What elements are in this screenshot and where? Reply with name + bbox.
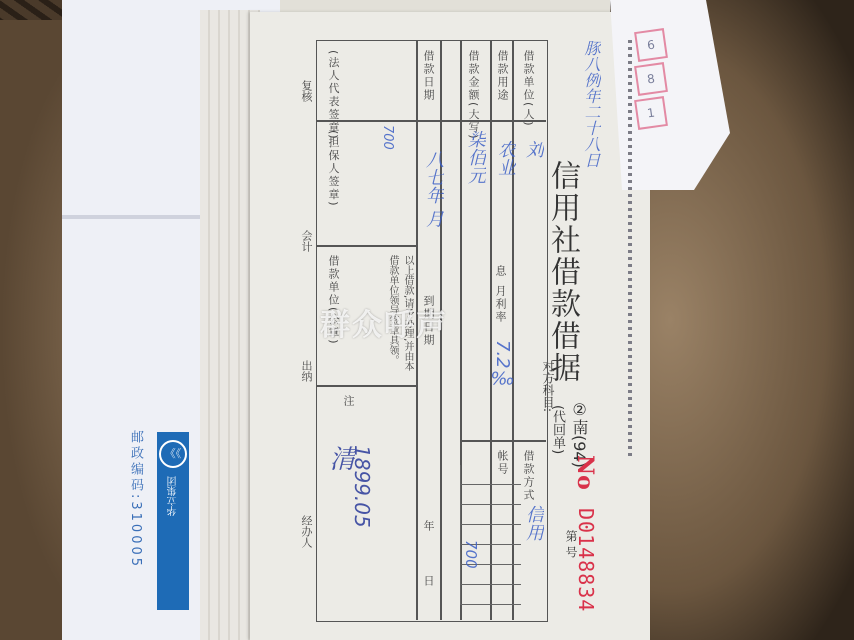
handwritten-amount-figure: 700 [462,540,480,569]
label-accountant: 会计 [298,230,314,252]
table-divider [460,440,546,442]
table-divider [316,385,416,387]
label-monthly-rate: 月利率 [492,285,508,324]
label-cashier: 出纳 [298,360,314,382]
envelope-logo: 《《 华立集团 [157,432,189,610]
label-interest: 息 [492,265,508,278]
label-remark: 注 [340,395,356,408]
label-day: 日 [420,575,436,588]
label-year: 年 [420,520,436,533]
envelope-postcode: 邮政编码:310005 [126,430,145,569]
receipt-subtitle: (代回单) [548,405,567,454]
handwritten-date: 八七年 月 [420,150,446,228]
amount-digit-cells [460,465,521,605]
logo-icon: 《《 [159,440,187,468]
envelope-fold [62,215,222,219]
label-reviewer: 复核 [298,80,314,102]
label-loan-purpose: 借款用途 [494,50,510,102]
watermark: 群众呼声 [320,300,448,344]
copy-marker: ② [570,400,589,419]
stamp-box: 8 [634,62,668,96]
label-loan-date: 借款日期 [420,50,436,102]
handwritten-borrower: 刘 [520,140,546,158]
stamp-box: 6 [634,28,668,62]
label-guarantor-sign: (担保人签章) [325,130,341,208]
perforation-line [628,40,632,460]
book-number-label: 第 号 [564,530,578,558]
label-borrower: 借款单位(人) [520,50,536,128]
handwritten-signature: 清 [322,445,359,471]
handwritten-loan-method: 信用 [520,505,546,541]
serial-number-label: No [572,455,598,490]
label-amount-caps: 借款金额(大写) [465,50,481,141]
label-loan-method: 借款方式 [520,450,536,502]
handwritten-figure-note: 700 [380,125,395,150]
stamp-box: 1 [634,96,668,130]
table-divider [316,245,416,247]
label-account-no: 帐号 [494,450,510,476]
handwritten-amount: 柒佰元 [462,130,488,184]
handwritten-purpose: 农业 [492,140,518,176]
label-handler: 经办人 [298,515,314,548]
handwritten-top-note: 豚八例年二十八日 [580,40,603,168]
label-legal-rep-sign: (法人代表签章) [325,50,341,141]
serial-number: D0148834 [574,508,598,612]
book-number: 第 号 [562,530,581,558]
logo-text: 华立集团 [166,476,181,516]
stamp-boxes: 6 8 1 [636,30,666,132]
handwritten-rate: 7.2‰ [492,340,513,390]
